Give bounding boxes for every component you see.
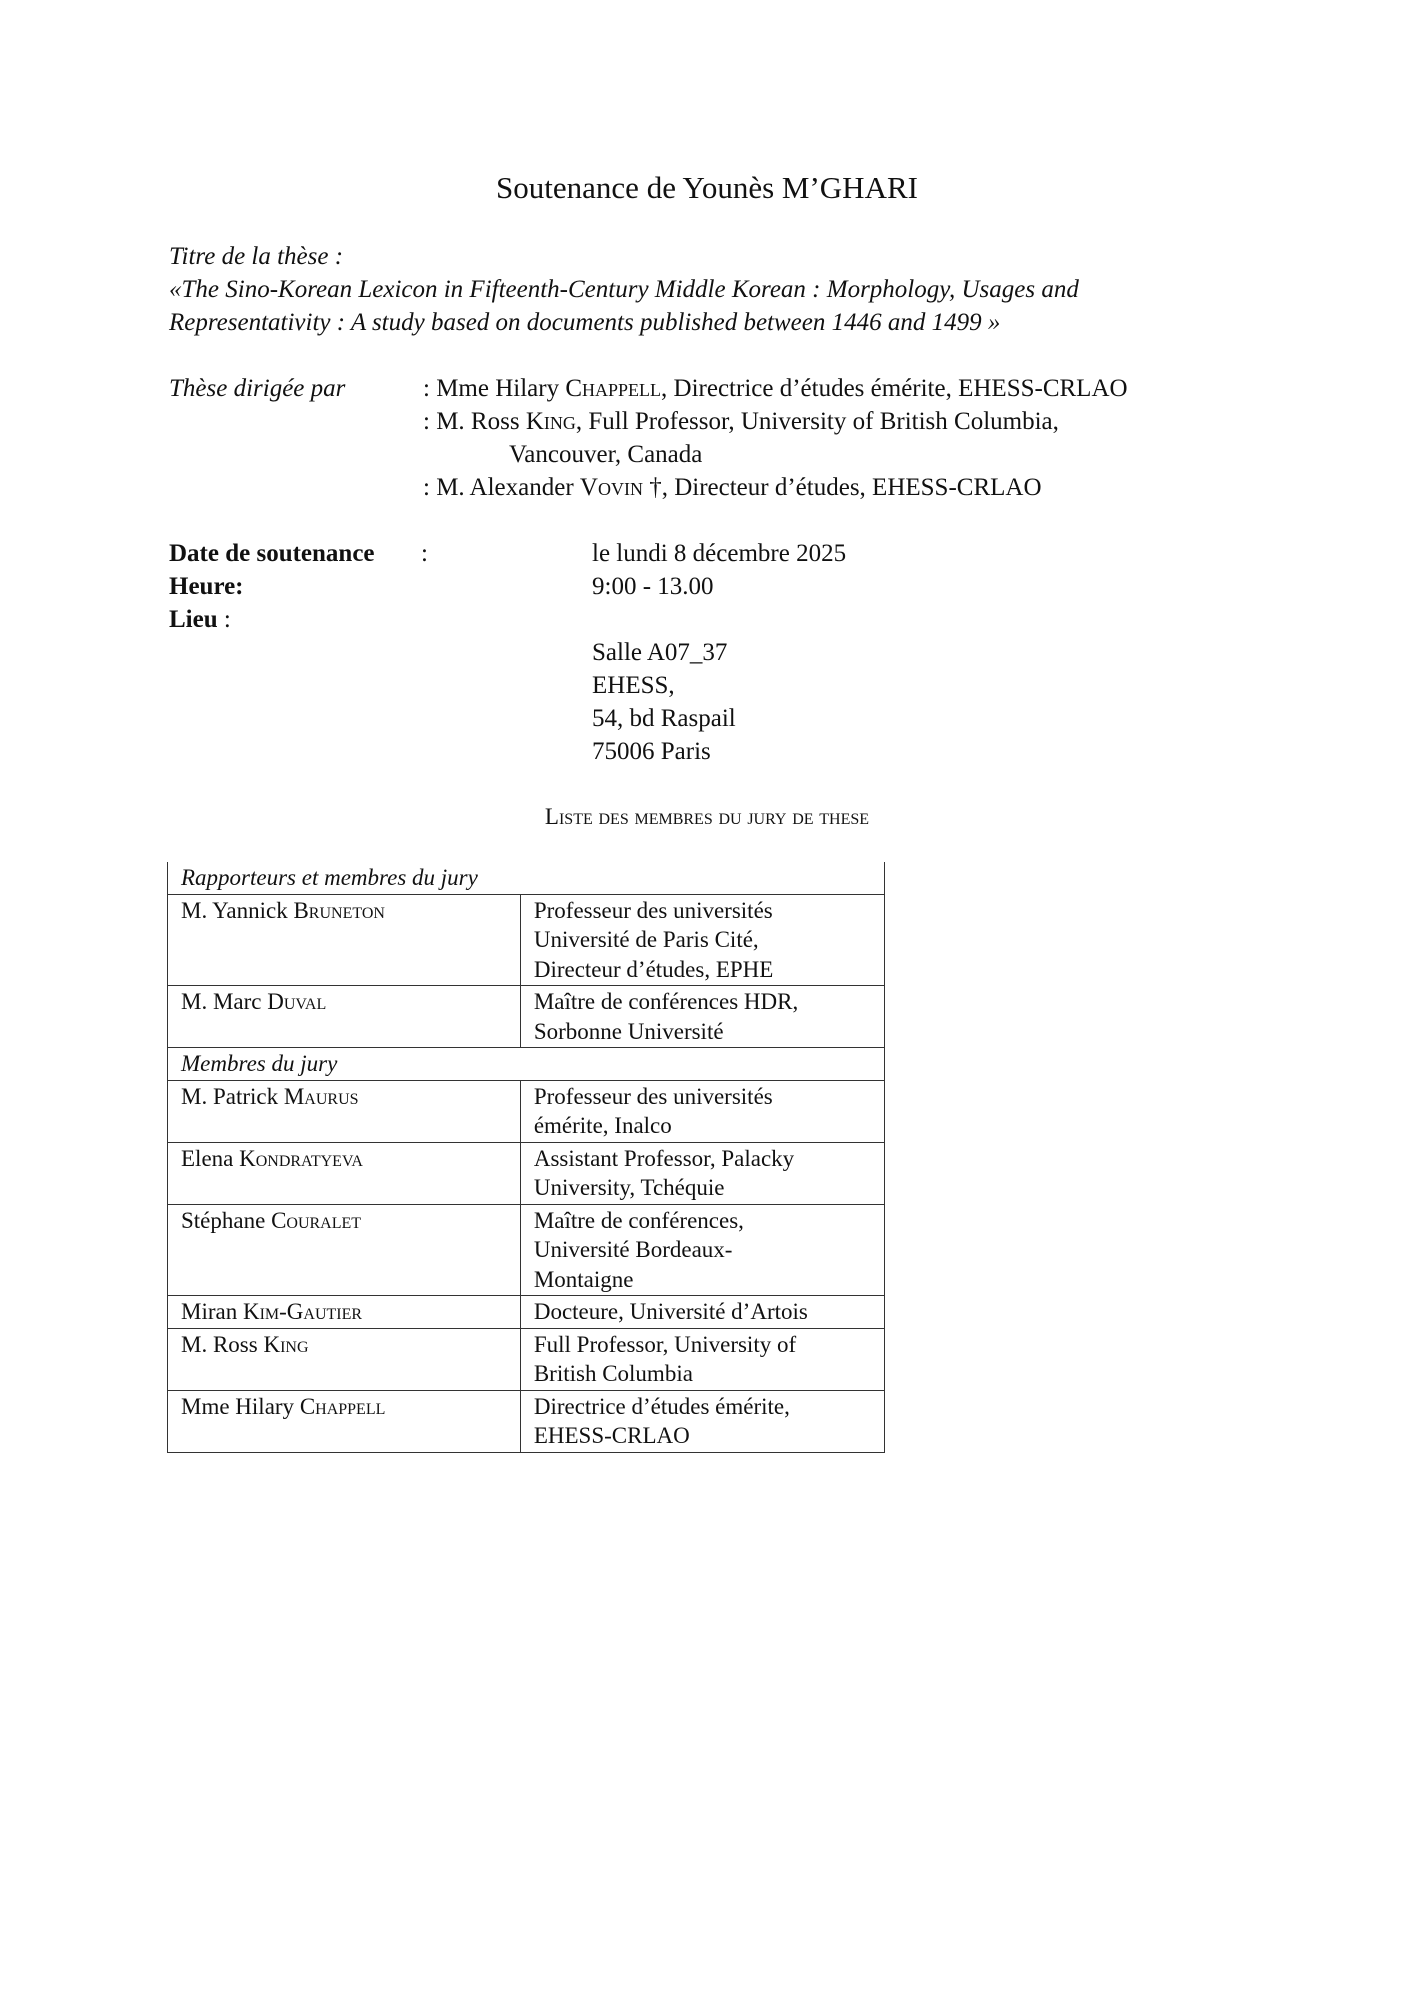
member-given-name: M. Marc [181,989,267,1014]
member-role-line: Université Bordeaux- [534,1235,884,1265]
director-surname: Vovin [580,474,643,501]
directors-label: Thèse dirigée par [169,372,345,405]
place-line: 75006 Paris [592,735,711,768]
jury-member-role: Docteure, Université d’Artois [520,1296,884,1329]
director-prefix: : M. Alexander [423,474,580,501]
place-line: 54, bd Raspail [592,702,736,735]
director-affiliation: , Directrice d’études émérite, EHESS-CRL… [661,375,1128,402]
jury-member-role: Maître de conférences,Université Bordeau… [520,1204,884,1296]
member-given-name: Elena [181,1146,239,1171]
jury-heading: Liste des membres du jury de these [0,802,1414,832]
member-surname: Bruneton [293,898,385,923]
member-role-line: Université de Paris Cité, [534,925,884,955]
date-label: Date de soutenance [169,537,375,570]
table-row: M. Ross KingFull Professor, University o… [168,1328,885,1390]
jury-member-name: M. Yannick Bruneton [168,894,521,986]
jury-member-role: Professeur des universitésémérite, Inalc… [520,1080,884,1142]
director-line: : M. Ross King, Full Professor, Universi… [423,405,1059,438]
jury-member-role: Full Professor, University ofBritish Col… [520,1328,884,1390]
director-affiliation: , Full Professor, University of British … [576,408,1059,435]
date-colon: : [421,537,428,570]
date-value: le lundi 8 décembre 2025 [592,537,846,570]
member-role-line: Sorbonne Université [534,1017,884,1047]
member-role-line: Professeur des universités [534,1082,884,1112]
table-row: Stéphane CouraletMaître de conférences,U… [168,1204,885,1296]
member-role-line: Professeur des universités [534,896,884,926]
place-label: Lieu : [169,603,231,636]
time-value: 9:00 - 13.00 [592,570,714,603]
jury-member-role: Assistant Professor, PalackyUniversity, … [520,1142,884,1204]
member-given-name: Mme Hilary [181,1394,300,1419]
member-role-line: Directeur d’études, EPHE [534,955,884,985]
member-surname: Kondratyeva [239,1146,363,1171]
jury-member-name: Elena Kondratyeva [168,1142,521,1204]
member-surname: Chappell [300,1394,386,1419]
jury-member-name: Mme Hilary Chappell [168,1390,521,1452]
director-prefix: : Mme Hilary [423,375,565,402]
member-role-line: Directrice d’études émérite, [534,1392,884,1422]
place-line: EHESS, [592,669,675,702]
jury-member-name: Miran Kim-Gautier [168,1296,521,1329]
member-surname: Kim-Gautier [243,1299,362,1324]
member-given-name: Stéphane [181,1208,271,1233]
page-title: Soutenance de Younès M’GHARI [0,168,1414,208]
director-line: : M. Alexander Vovin †, Directeur d’étud… [423,471,1042,504]
member-role-line: EHESS-CRLAO [534,1421,884,1451]
table-row: Mme Hilary ChappellDirectrice d’études é… [168,1390,885,1452]
jury-section-title: Membres du jury [168,1048,885,1081]
member-role-line: Docteure, Université d’Artois [534,1297,884,1327]
member-role-line: Maître de conférences HDR, [534,987,884,1017]
jury-table: Rapporteurs et membres du juryM. Yannick… [167,862,885,1453]
director-line-continuation: Vancouver, Canada [509,438,702,471]
jury-member-name: M. Patrick Maurus [168,1080,521,1142]
jury-member-role: Directrice d’études émérite,EHESS-CRLAO [520,1390,884,1452]
thesis-title-line-2: Representativity : A study based on docu… [169,306,1289,339]
jury-member-name: M. Ross King [168,1328,521,1390]
place-line: Salle A07_37 [592,636,727,669]
member-role-line: Full Professor, University of [534,1330,884,1360]
table-row: Elena KondratyevaAssistant Professor, Pa… [168,1142,885,1204]
member-given-name: Miran [181,1299,243,1324]
jury-member-role: Maître de conférences HDR,Sorbonne Unive… [520,986,884,1048]
member-surname: Couralet [271,1208,361,1233]
member-role-line: Assistant Professor, Palacky [534,1144,884,1174]
jury-section-title: Rapporteurs et membres du jury [168,862,885,894]
table-row: M. Marc DuvalMaître de conférences HDR,S… [168,986,885,1048]
thesis-title-line-1: «The Sino-Korean Lexicon in Fifteenth-Ce… [169,273,1289,306]
member-role-line: Montaigne [534,1265,884,1295]
thesis-label: Titre de la thèse : [169,240,1289,273]
member-role-line: émérite, Inalco [534,1111,884,1141]
jury-member-role: Professeur des universitésUniversité de … [520,894,884,986]
director-surname: Chappell [565,375,661,402]
director-affiliation: †, Directeur d’études, EHESS-CRLAO [643,474,1042,501]
jury-member-name: Stéphane Couralet [168,1204,521,1296]
director-line: : Mme Hilary Chappell, Directrice d’étud… [423,372,1128,405]
thesis-title-block: Titre de la thèse : «The Sino-Korean Lex… [169,240,1289,339]
member-surname: Duval [267,989,326,1014]
member-role-line: British Columbia [534,1359,884,1389]
table-row: M. Yannick BrunetonProfesseur des univer… [168,894,885,986]
member-role-line: University, Tchéquie [534,1173,884,1203]
member-role-line: Maître de conférences, [534,1206,884,1236]
jury-section-row: Membres du jury [168,1048,885,1081]
director-surname: King [526,408,576,435]
member-given-name: M. Patrick [181,1084,284,1109]
table-row: Miran Kim-GautierDocteure, Université d’… [168,1296,885,1329]
jury-member-name: M. Marc Duval [168,986,521,1048]
jury-section-row: Rapporteurs et membres du jury [168,862,885,894]
time-label: Heure: [169,570,244,603]
table-row: M. Patrick MaurusProfesseur des universi… [168,1080,885,1142]
member-surname: Maurus [284,1084,359,1109]
member-given-name: M. Yannick [181,898,293,923]
member-surname: King [263,1332,308,1357]
member-given-name: M. Ross [181,1332,263,1357]
director-prefix: : M. Ross [423,408,526,435]
